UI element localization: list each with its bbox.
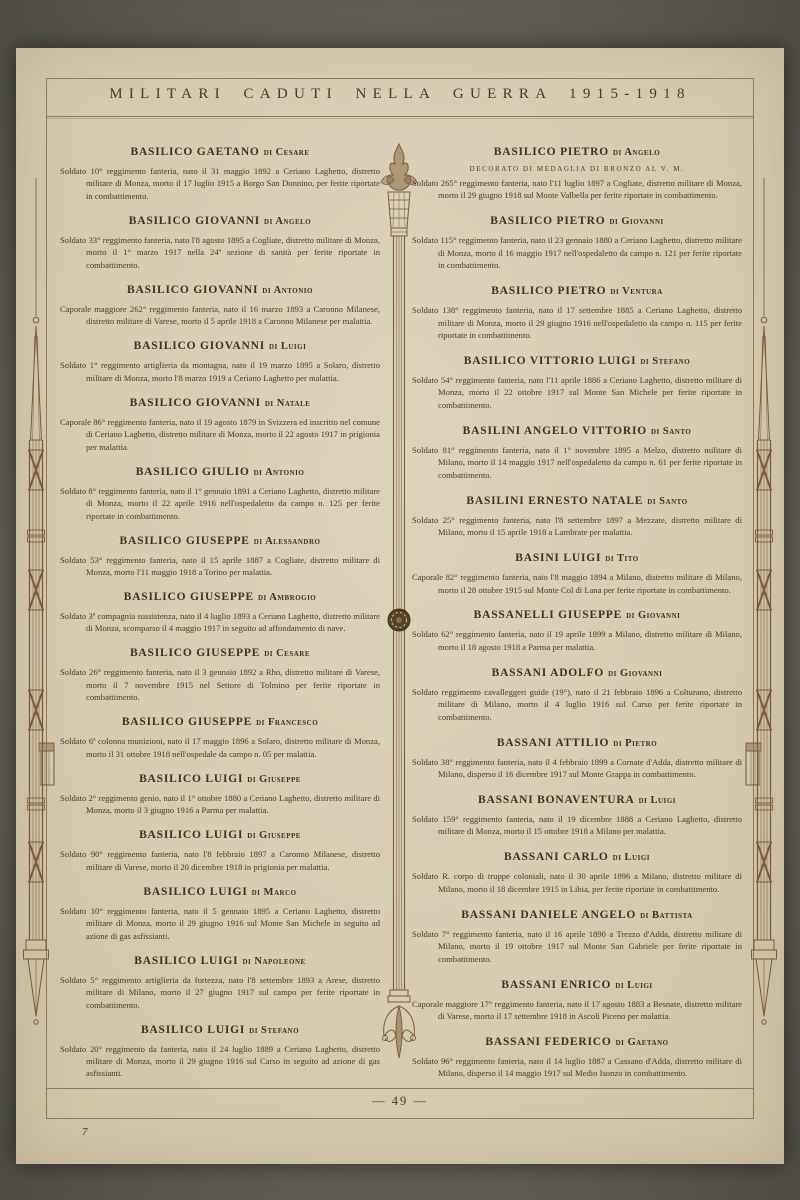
soldier-record: Soldato 53° reggimento fanteria, nato il… [60,554,380,579]
page-number: — 49 — [46,1094,754,1109]
soldier-name-heading: BASSANELLI GIUSEPPE di Giovanni [412,605,742,623]
soldier-record: Caporale maggiore 262° reggimento fanter… [60,303,380,328]
soldier-name-heading: BASSANI ENRICO di Luigi [412,975,742,993]
left-fasces-ornament [14,178,58,1058]
soldier-name-heading: BASILICO PIETRO di Giovanni [412,211,742,229]
soldier-entry: BASILICO GIOVANNI di AntonioCaporale mag… [60,280,380,328]
rule-under-title [46,116,754,117]
soldier-name-heading: BASSANI FEDERICO di Gaetano [412,1032,742,1050]
soldier-name-heading: BASILICO LUIGI di Marco [60,882,380,900]
soldier-record: Soldato 115° reggimento fanteria, nato i… [412,234,742,271]
soldier-entry: BASSANI BONAVENTURA di LuigiSoldato 159°… [412,790,742,838]
soldier-name-heading: BASILICO PIETRO di Ventura [412,281,742,299]
soldier-name: BASILICO GIOVANNI [129,215,260,227]
soldier-patronymic: di Luigi [613,852,650,863]
soldier-entry: BASSANI ADOLFO di GiovanniSoldato reggim… [412,663,742,723]
soldier-patronymic: di Alessandro [254,536,321,547]
soldier-name-heading: BASILICO GAETANO di Cesare [60,142,380,160]
soldier-name: BASILICO GIUSEPPE [130,647,260,659]
soldier-patronymic: di Luigi [615,980,652,991]
soldier-record: Soldato 54° reggimento fanteria, nato l'… [412,374,742,411]
soldier-patronymic: di Luigi [269,341,306,352]
soldier-patronymic: di Natale [265,398,311,409]
soldier-entry: BASILICO GIUSEPPE di AmbrogioSoldato 3ª … [60,587,380,635]
soldier-name-heading: BASILICO GIOVANNI di Natale [60,393,380,411]
soldier-entry: BASILICO LUIGI di NapoleoneSoldato 5° re… [60,951,380,1011]
soldier-name: BASILICO LUIGI [141,1024,245,1036]
soldier-patronymic: di Luigi [639,795,676,806]
soldier-record: Soldato 33° reggimento fanteria, nato l'… [60,234,380,271]
soldier-name: BASILICO GIUSEPPE [122,716,252,728]
soldier-record: Caporale 82° reggimento fanteria, nato l… [412,571,742,596]
soldier-record: Soldato 3ª compagnia sussistenza, nato i… [60,610,380,635]
soldier-name: BASILINI ERNESTO NATALE [466,495,643,507]
soldier-name-heading: BASILICO PIETRO di Angelo [412,142,742,160]
soldier-entry: BASILICO LUIGI di GiuseppeSoldato 2° reg… [60,769,380,817]
soldier-patronymic: di Giovanni [608,668,662,679]
soldier-name: BASILICO LUIGI [139,829,243,841]
soldier-name-heading: BASSANI ADOLFO di Giovanni [412,663,742,681]
soldier-name: BASILICO GAETANO [130,146,259,158]
soldier-name: BASILICO GIOVANNI [127,284,258,296]
soldier-entry: BASSANI FEDERICO di GaetanoSoldato 96° r… [412,1032,742,1080]
soldier-patronymic: di Napoleone [242,956,305,967]
soldier-name: BASILICO GIUSEPPE [120,535,250,547]
soldier-name: BASILICO GIUSEPPE [124,591,254,603]
soldier-name: BASILICO LUIGI [143,886,247,898]
soldier-entry: BASILICO GIOVANNI di NataleCaporale 86° … [60,393,380,453]
soldier-name: BASILICO LUIGI [139,773,243,785]
soldier-entry: BASILICO LUIGI di MarcoSoldato 10° reggi… [60,882,380,942]
soldier-record: Soldato 10° reggimento fanteria, nato il… [60,165,380,202]
soldier-name: BASSANI CARLO [504,851,609,863]
column-right: BASILICO PIETRO di AngeloDECORATO DI MED… [412,142,742,1080]
soldier-entry: BASINI LUIGI di TitoCaporale 82° reggime… [412,548,742,596]
soldier-patronymic: di Giovanni [609,216,663,227]
soldier-record: Soldato 138° reggimento fanteria, nato i… [412,304,742,341]
soldier-name-heading: BASILICO VITTORIO LUIGI di Stefano [412,351,742,369]
soldier-name-heading: BASILICO GIOVANNI di Angelo [60,211,380,229]
soldier-patronymic: di Battista [640,910,693,921]
soldier-patronymic: di Angelo [264,216,311,227]
soldier-name: BASSANI ENRICO [501,979,611,991]
soldier-patronymic: di Santo [651,426,691,437]
soldier-patronymic: di Santo [647,496,687,507]
frame-rule-right [753,78,754,1118]
soldier-patronymic: di Giovanni [626,610,680,621]
soldier-name-heading: BASILICO LUIGI di Giuseppe [60,825,380,843]
soldier-record: Soldato reggimento cavalleggeri guide (1… [412,686,742,723]
soldier-name: BASILICO GIULIO [136,466,250,478]
soldier-entry: BASILICO GIUSEPPE di CesareSoldato 26° r… [60,643,380,703]
soldier-name: BASSANI ATTILIO [497,737,609,749]
soldier-entry: BASILICO VITTORIO LUIGI di StefanoSoldat… [412,351,742,411]
soldier-entry: BASILICO GIUSEPPE di AlessandroSoldato 5… [60,531,380,579]
soldier-entry: BASILICO PIETRO di AngeloDECORATO DI MED… [412,142,742,202]
soldier-record: Soldato 20° reggimento da fanteria, nato… [60,1043,380,1080]
soldier-entry: BASILICO GIOVANNI di LuigiSoldato 1° reg… [60,336,380,384]
soldier-name-heading: BASILICO GIUSEPPE di Francesco [60,712,380,730]
soldier-name-heading: BASILICO LUIGI di Giuseppe [60,769,380,787]
soldier-record: Soldato 159° reggimento fanteria, nato i… [412,813,742,838]
soldier-entry: BASSANI DANIELE ANGELO di BattistaSoldat… [412,905,742,965]
soldier-name: BASILICO PIETRO [490,215,605,227]
soldier-name-heading: BASILICO GIOVANNI di Luigi [60,336,380,354]
soldier-record: Soldato 96° reggimento fanteria, nato il… [412,1055,742,1080]
soldier-patronymic: di Cesare [264,147,310,158]
soldier-name-heading: BASSANI ATTILIO di Pietro [412,733,742,751]
soldier-name-heading: BASILICO LUIGI di Napoleone [60,951,380,969]
soldier-record: Soldato 2° reggimento genio, nato il 1° … [60,792,380,817]
soldier-name: BASILICO GIOVANNI [134,340,265,352]
soldier-name-heading: BASSANI DANIELE ANGELO di Battista [412,905,742,923]
soldier-name-heading: BASSANI CARLO di Luigi [412,847,742,865]
soldier-entry: BASILICO GIULIO di AntonioSoldato 8° reg… [60,462,380,522]
soldier-patronymic: di Ventura [610,286,662,297]
soldier-patronymic: di Cesare [264,648,310,659]
frame-rule-top [46,78,754,79]
soldier-name: BASILINI ANGELO VITTORIO [463,425,647,437]
soldier-record: Caporale maggiore 17° reggimento fanteri… [412,998,742,1023]
soldier-record: Soldato 25° reggimento fanteria, nato l'… [412,514,742,539]
column-left: BASILICO GAETANO di CesareSoldato 10° re… [60,142,380,1080]
soldier-record: Caporale 86° reggimento fanteria, nato i… [60,416,380,453]
soldier-record: Soldato 26° reggimento fanteria, nato il… [60,666,380,703]
soldier-patronymic: di Giuseppe [247,830,301,841]
soldier-name-heading: BASILINI ANGELO VITTORIO di Santo [412,421,742,439]
soldier-patronymic: di Antonio [262,285,313,296]
soldier-record: Soldato 7° reggimento fanteria, nato il … [412,928,742,965]
soldier-name: BASILICO PIETRO [494,146,609,158]
soldier-record: Soldato 81° reggimento fanteria, nato il… [412,444,742,481]
soldier-patronymic: di Marco [252,887,297,898]
soldier-name-heading: BASILICO GIUSEPPE di Ambrogio [60,587,380,605]
soldier-patronymic: di Stefano [249,1025,299,1036]
soldier-patronymic: di Tito [605,553,638,564]
soldier-name: BASINI LUIGI [515,552,601,564]
soldier-name: BASSANELLI GIUSEPPE [474,609,622,621]
soldier-name-heading: BASILICO GIOVANNI di Antonio [60,280,380,298]
soldier-patronymic: di Ambrogio [258,592,316,603]
soldier-name-heading: BASILINI ERNESTO NATALE di Santo [412,491,742,509]
signature-mark: 7 [82,1126,88,1138]
frame-rule-left [46,78,47,1118]
soldier-name: BASILICO GIOVANNI [130,397,261,409]
soldier-patronymic: di Antonio [254,467,305,478]
soldier-name: BASSANI ADOLFO [492,667,605,679]
soldier-name-heading: BASILICO GIULIO di Antonio [60,462,380,480]
soldier-patronymic: di Stefano [640,356,690,367]
soldier-record: Soldato R. corpo di truppe coloniali, na… [412,870,742,895]
soldier-name: BASSANI FEDERICO [485,1036,611,1048]
soldier-record: Soldato 1° reggimento artiglieria da mon… [60,359,380,384]
decoration-note: DECORATO DI MEDAGLIA DI BRONZO AL V. M. [412,165,742,173]
soldier-entry: BASILICO PIETRO di VenturaSoldato 138° r… [412,281,742,341]
soldier-name-heading: BASSANI BONAVENTURA di Luigi [412,790,742,808]
soldier-name: BASILICO VITTORIO LUIGI [464,355,637,367]
soldier-entry: BASSANELLI GIUSEPPE di GiovanniSoldato 6… [412,605,742,653]
soldier-name: BASSANI BONAVENTURA [478,794,635,806]
page-title: MILITARI CADUTI NELLA GUERRA 1915-1918 [46,86,754,103]
soldier-entry: BASILICO LUIGI di StefanoSoldato 20° reg… [60,1020,380,1080]
right-fasces-ornament [742,178,786,1058]
soldier-entry: BASILICO PIETRO di GiovanniSoldato 115° … [412,211,742,271]
soldier-entry: BASILICO GAETANO di CesareSoldato 10° re… [60,142,380,202]
soldier-patronymic: di Francesco [256,717,318,728]
soldier-patronymic: di Angelo [613,147,660,158]
soldier-entry: BASILICO LUIGI di GiuseppeSoldato 90° re… [60,825,380,873]
soldier-record: Soldato 90° reggimento fanteria, nato l'… [60,848,380,873]
soldier-entry: BASSANI ATTILIO di PietroSoldato 38° reg… [412,733,742,781]
soldier-record: Soldato 6ª colonna munizioni, nato il 17… [60,735,380,760]
soldier-entry: BASILINI ERNESTO NATALE di SantoSoldato … [412,491,742,539]
soldier-record: Soldato 62° reggimento fanteria, nato il… [412,628,742,653]
soldier-name: BASSANI DANIELE ANGELO [461,909,636,921]
soldier-record: Soldato 8° reggimento fanteria, nato il … [60,485,380,522]
soldier-entry: BASILICO GIOVANNI di AngeloSoldato 33° r… [60,211,380,271]
soldier-name-heading: BASILICO GIUSEPPE di Cesare [60,643,380,661]
soldier-record: Soldato 5° reggimento artiglieria da for… [60,974,380,1011]
soldier-name: BASILICO LUIGI [134,955,238,967]
soldier-name: BASILICO PIETRO [491,285,606,297]
rule-above-footer [46,1088,754,1089]
soldier-patronymic: di Gaetano [616,1037,669,1048]
soldier-entry: BASILICO GIUSEPPE di FrancescoSoldato 6ª… [60,712,380,760]
soldier-name-heading: BASINI LUIGI di Tito [412,548,742,566]
soldier-entry: BASSANI ENRICO di LuigiCaporale maggiore… [412,975,742,1023]
frame-rule-bottom [46,1118,754,1119]
soldier-record: Soldato 38° reggimento fanteria, nato il… [412,756,742,781]
soldier-name-heading: BASILICO GIUSEPPE di Alessandro [60,531,380,549]
soldier-patronymic: di Giuseppe [247,774,301,785]
soldier-record: Soldato 10° reggimento fanteria, nato il… [60,905,380,942]
soldier-patronymic: di Pietro [613,738,657,749]
soldier-entry: BASSANI CARLO di LuigiSoldato R. corpo d… [412,847,742,895]
book-page: MILITARI CADUTI NELLA GUERRA 1915-1918 [16,48,784,1164]
soldier-name-heading: BASILICO LUIGI di Stefano [60,1020,380,1038]
soldier-entry: BASILINI ANGELO VITTORIO di SantoSoldato… [412,421,742,481]
soldier-record: Soldato 265° reggimento fanteria, nato l… [412,177,742,202]
